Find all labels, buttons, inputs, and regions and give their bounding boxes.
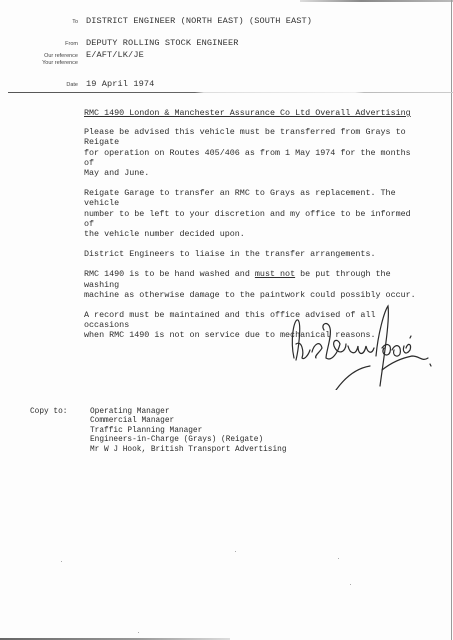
header-divider — [8, 92, 453, 93]
recipient: Operating Manager — [90, 408, 287, 417]
scan-edge-top — [300, 0, 453, 2]
paragraph-liaise: District Engineers to liaise in the tran… — [84, 249, 424, 259]
paragraph-replacement: Reigate Garage to transfer an RMC to Gra… — [84, 188, 424, 239]
memo-subject: RMC 1490 London & Manchester Assurance C… — [84, 108, 424, 118]
copy-to-list: Operating Manager Commercial Manager Tra… — [90, 408, 287, 455]
header-to: To DISTRICT ENGINEER (NORTH EAST) (SOUTH… — [0, 16, 312, 26]
signature-icon — [280, 300, 453, 390]
header-from: From DEPUTY ROLLING STOCK ENGINEER — [0, 38, 238, 48]
scan-speck — [235, 551, 236, 552]
copy-to-label: Copy to: — [30, 408, 90, 455]
scan-speck — [350, 584, 351, 585]
header-label: To — [0, 19, 86, 25]
header-your-reference: Your reference — [0, 60, 86, 66]
recipient: Traffic Planning Manager — [90, 427, 287, 436]
washing-text-start: RMC 1490 is to be hand washed and — [84, 269, 255, 279]
header-value: 19 April 1974 — [86, 79, 154, 89]
header-label: From — [0, 41, 86, 47]
scan-speck — [338, 558, 339, 559]
header-our-reference: Our reference E/AFT/LK/JE — [0, 50, 144, 60]
header-label: Your reference — [0, 60, 86, 66]
header-date: Date 19 April 1974 — [0, 79, 154, 89]
recipient: Mr W J Hook, British Transport Advertisi… — [90, 446, 287, 455]
scan-speck — [138, 632, 139, 633]
memo-page: To DISTRICT ENGINEER (NORTH EAST) (SOUTH… — [0, 0, 453, 640]
header-label: Our reference — [0, 53, 86, 59]
header-value: DISTRICT ENGINEER (NORTH EAST) (SOUTH EA… — [86, 16, 312, 26]
recipient: Commercial Manager — [90, 417, 287, 426]
header-value: E/AFT/LK/JE — [86, 50, 144, 60]
header-value: DEPUTY ROLLING STOCK ENGINEER — [86, 38, 238, 48]
recipient: Engineers-in-Charge (Grays) (Reigate) — [90, 436, 287, 445]
header-label: Date — [0, 82, 86, 88]
paragraph-washing: RMC 1490 is to be hand washed and must n… — [84, 269, 424, 300]
paragraph-transfer: Please be advised this vehicle must be t… — [84, 127, 424, 178]
copy-to-section: Copy to: Operating Manager Commercial Ma… — [30, 408, 287, 455]
emphasis-must-not: must not — [255, 269, 295, 279]
scan-speck — [61, 561, 62, 562]
